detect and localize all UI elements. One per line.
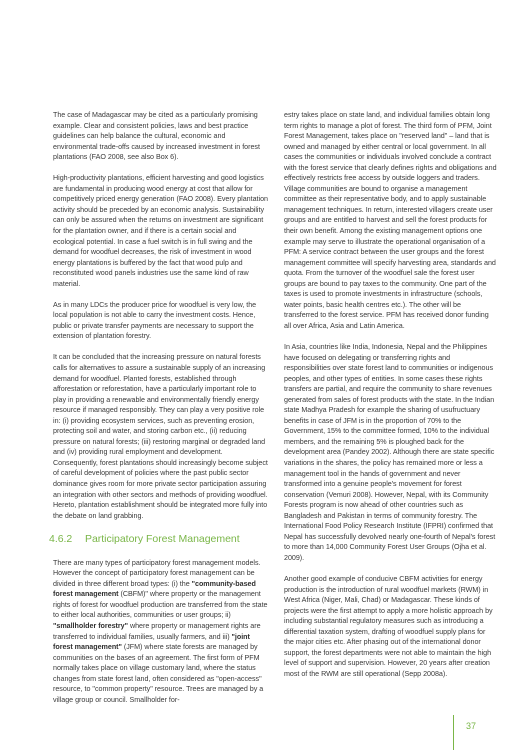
paragraph-rwm: Another good example of conducive CBFM a… <box>284 574 497 679</box>
paragraph-conclusion: It can be concluded that the increasing … <box>53 352 269 521</box>
paragraph-asia: In Asia, countries like India, Indonesia… <box>284 342 497 563</box>
paragraph-madagascar: The case of Madagascar may be cited as a… <box>53 110 269 163</box>
term-smallholder-forestry: "smallholder forestry" <box>53 622 128 630</box>
text-run: (JFM) where state forests are managed by… <box>53 643 263 704</box>
paragraph-high-productivity: High-productivity plantations, efficient… <box>53 173 269 289</box>
section-heading: 4.6.2 Participatory Forest Management <box>49 532 269 546</box>
right-column: estry takes place on state land, and ind… <box>284 110 497 690</box>
section-number: 4.6.2 <box>49 532 85 546</box>
section-title: Participatory Forest Management <box>85 532 240 546</box>
paragraph-ldcs: As in many LDCs the producer price for w… <box>53 300 269 342</box>
page-number-rule <box>453 715 454 750</box>
left-column: The case of Madagascar may be cited as a… <box>53 110 269 716</box>
paragraph-pfm-forms: estry takes place on state land, and ind… <box>284 110 497 331</box>
paragraph-pfm-types: There are many types of participatory fo… <box>53 558 269 706</box>
page-number: 37 <box>466 721 476 731</box>
